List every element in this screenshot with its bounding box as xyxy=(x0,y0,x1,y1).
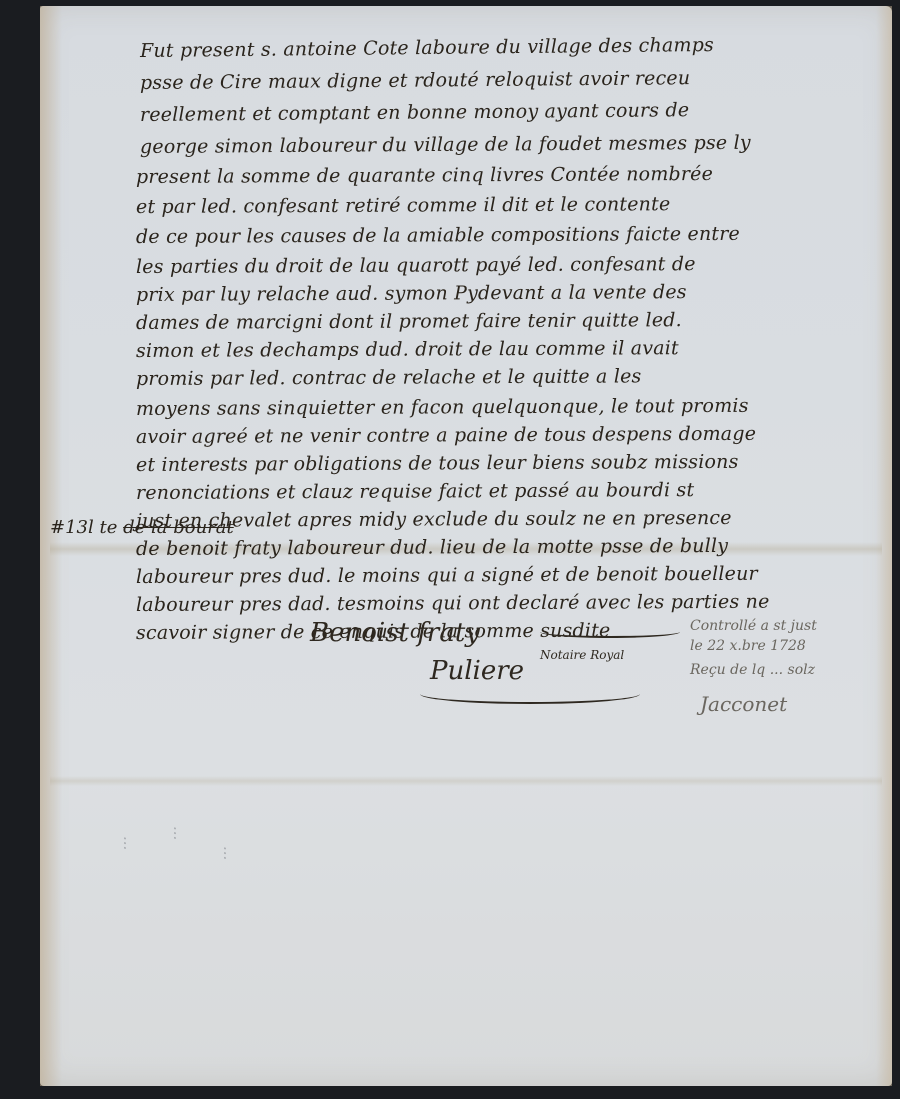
text-line: de benoit fraty laboureur dud. lieu de l… xyxy=(136,535,728,560)
signature-witness: Benoist fraty xyxy=(310,618,480,648)
text-line: george simon laboureur du village de la … xyxy=(140,132,751,158)
text-line: de ce pour les causes de la amiable comp… xyxy=(136,223,740,248)
control-note-line: le 22 x.bre 1728 xyxy=(690,638,806,654)
control-note-line: Reçu de lq ... solz xyxy=(690,662,815,678)
signature-flourish xyxy=(540,626,680,638)
bleed-through-text: ... ... ... xyxy=(110,826,310,1016)
struck-text: de la bourat xyxy=(123,517,234,538)
signature-notary: Puliere xyxy=(430,656,524,686)
text-line: psse de Cire maux digne et rdouté reloqu… xyxy=(140,67,690,94)
margin-note: #13l te de la bourat xyxy=(50,517,234,538)
text-line: et par led. confesant retiré comme il di… xyxy=(136,193,670,218)
text-line: Fut present s. antoine Cote laboure du v… xyxy=(140,34,714,62)
control-note-line: Controllé a st just xyxy=(690,618,817,634)
text-line: simon et les dechamps dud. droit de lau … xyxy=(136,337,679,362)
text-line: dames de marcigni dont il promet faire t… xyxy=(136,309,682,334)
signature-flourish xyxy=(420,684,640,704)
text-line: promis par led. contrac de relache et le… xyxy=(136,365,642,390)
margin-note-ref: #13l xyxy=(50,517,94,538)
text-line: prix par luy relache aud. symon Pydevant… xyxy=(136,281,687,306)
margin-note-suffix: te xyxy=(99,517,117,538)
text-line: les parties du droit de lau quarott payé… xyxy=(136,253,696,278)
text-line: moyens sans sinquietter en facon quelquo… xyxy=(136,395,749,420)
text-line: reellement et comptant en bonne monoy ay… xyxy=(140,99,689,126)
notary-title: Notaire Royal xyxy=(540,648,624,662)
text-line: renonciations et clauz requise faict et … xyxy=(136,479,694,504)
text-line: avoir agreé et ne venir contre a paine d… xyxy=(136,423,756,448)
manuscript-page: Fut present s. antoine Cote laboure du v… xyxy=(40,6,892,1086)
text-line: laboureur pres dad. tesmoins qui ont dec… xyxy=(136,591,770,616)
control-signature: Jacconet xyxy=(700,692,787,716)
text-line: present la somme de quarante cinq livres… xyxy=(136,163,713,188)
text-line: et interests par obligations de tous leu… xyxy=(136,451,739,476)
text-line: laboureur pres dud. le moins qui a signé… xyxy=(136,563,758,588)
fold-crease xyxy=(50,776,882,786)
